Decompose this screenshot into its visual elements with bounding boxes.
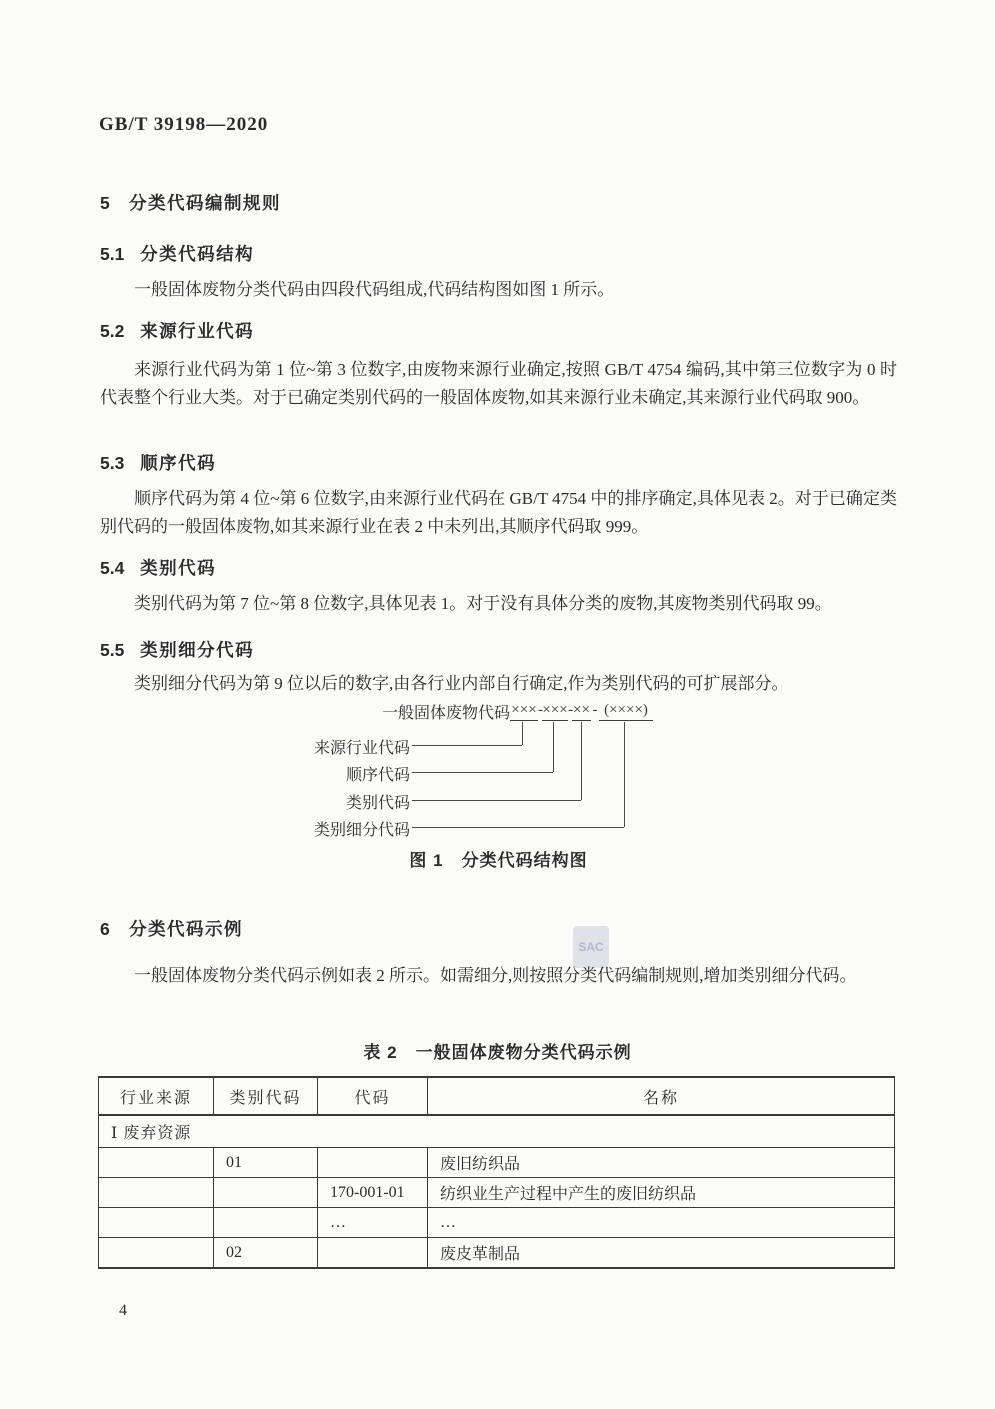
connector-line: [412, 827, 624, 828]
section-number: 6: [100, 919, 110, 939]
paragraph-5-4: 类别代码为第 7 位~第 8 位数字,具体见表 1。对于没有具体分类的废物,其废…: [100, 590, 897, 618]
standard-number-header: GB/T 39198—2020: [99, 114, 268, 136]
figure-label-industry-source-code: 来源行业代码: [314, 735, 410, 758]
section-title: 顺序代码: [140, 453, 216, 473]
section-number: 5: [100, 193, 110, 213]
col-header-industry-source: 行业来源: [99, 1077, 214, 1115]
section-title: 类别细分代码: [140, 640, 254, 660]
cell-category: 01: [214, 1148, 318, 1178]
table-row: … …: [99, 1208, 895, 1238]
code-segment-category: ××: [572, 700, 591, 721]
section-number: 5.1: [100, 244, 124, 264]
section-heading-5-3: 5.3顺序代码: [100, 450, 216, 475]
section-number: 5.4: [100, 558, 124, 578]
section-title: 来源行业代码: [140, 321, 254, 341]
cell-code: [318, 1148, 428, 1178]
cell-category: 02: [214, 1238, 318, 1269]
paragraph-5-3: 顺序代码为第 4 位~第 6 位数字,由来源行业代码在 GB/T 4754 中的…: [100, 485, 897, 541]
code-dash: -: [591, 700, 599, 720]
cell-code: …: [318, 1208, 428, 1238]
figure-label-subdivision-code: 类别细分代码: [314, 817, 410, 840]
table-row: 02 废皮革制品: [99, 1238, 895, 1269]
page-number: 4: [119, 1302, 127, 1320]
cell-category: [214, 1208, 318, 1238]
table-row: 01 废旧纺织品: [99, 1148, 895, 1178]
figure-label-sequence-code: 顺序代码: [346, 762, 410, 785]
classification-table: 行业来源 类别代码 代码 名称 Ⅰ 废弃资源 01 废旧纺织品 170-001-…: [98, 1076, 895, 1269]
paragraph-5-2: 来源行业代码为第 1 位~第 3 位数字,由废物来源行业确定,按照 GB/T 4…: [100, 356, 897, 412]
section-title: 分类代码示例: [129, 919, 243, 939]
section-heading-6: 6分类代码示例: [100, 916, 243, 941]
code-segment-subdivision: (××××): [599, 700, 653, 721]
cell-name: …: [428, 1208, 895, 1238]
cell-category: [214, 1178, 318, 1208]
paragraph-5-5: 类别细分代码为第 9 位以后的数字,由各行业内部自行确定,作为类别代码的可扩展部…: [100, 670, 897, 698]
section-heading-5-1: 5.1分类代码结构: [100, 241, 254, 266]
table-group-row: Ⅰ 废弃资源: [99, 1115, 895, 1148]
connector-line: [553, 722, 554, 772]
col-header-category-code: 类别代码: [214, 1077, 318, 1115]
cell-industry: [99, 1208, 214, 1238]
cell-code: [318, 1238, 428, 1269]
section-heading-5-4: 5.4类别代码: [100, 555, 216, 580]
cell-industry: [99, 1238, 214, 1269]
connector-line: [522, 722, 523, 745]
paragraph-5-1: 一般固体废物分类代码由四段代码组成,代码结构图如图 1 所示。: [100, 276, 897, 304]
figure-caption: 图 1 分类代码结构图: [100, 846, 897, 871]
cell-name: 纺织业生产过程中产生的废旧纺织品: [428, 1178, 895, 1208]
section-number: 5.2: [100, 321, 124, 341]
cell-code: 170-001-01: [318, 1178, 428, 1208]
cell-industry: [99, 1178, 214, 1208]
connector-line: [412, 772, 553, 773]
section-title: 分类代码编制规则: [129, 193, 281, 213]
col-header-name: 名称: [428, 1077, 895, 1115]
figure-code-structure: 一般固体废物代码 ××× - ××× - ×× - (××××) 来源行业代码 …: [100, 698, 897, 876]
table-caption: 表 2 一般固体废物分类代码示例: [0, 1038, 995, 1063]
section-title: 分类代码结构: [140, 244, 254, 264]
section-number: 5.5: [100, 640, 124, 660]
cell-industry: [99, 1148, 214, 1178]
paragraph-6: 一般固体废物分类代码示例如表 2 所示。如需细分,则按照分类代码编制规则,增加类…: [100, 962, 897, 990]
section-heading-5-5: 5.5类别细分代码: [100, 637, 254, 662]
connector-line: [624, 722, 625, 827]
section-heading-5-2: 5.2来源行业代码: [100, 318, 254, 343]
document-page: GB/T 39198—2020 5分类代码编制规则 5.1分类代码结构 一般固体…: [0, 0, 995, 1409]
connector-line: [412, 800, 581, 801]
connector-line: [412, 745, 522, 746]
col-header-code: 代码: [318, 1077, 428, 1115]
cell-name: 废皮革制品: [428, 1238, 895, 1269]
code-segment-industry: ×××: [510, 700, 538, 721]
connector-line: [581, 722, 582, 800]
figure-label-category-code: 类别代码: [346, 790, 410, 813]
table-header-row: 行业来源 类别代码 代码 名称: [99, 1077, 895, 1115]
code-line-prefix: 一般固体废物代码: [382, 700, 510, 723]
code-segment-sequence: ×××: [542, 700, 568, 721]
section-number: 5.3: [100, 453, 124, 473]
section-heading-5: 5分类代码编制规则: [100, 190, 281, 215]
cell-name: 废旧纺织品: [428, 1148, 895, 1178]
table-row: 170-001-01 纺织业生产过程中产生的废旧纺织品: [99, 1178, 895, 1208]
section-title: 类别代码: [140, 558, 216, 578]
group-label: Ⅰ 废弃资源: [99, 1115, 895, 1148]
